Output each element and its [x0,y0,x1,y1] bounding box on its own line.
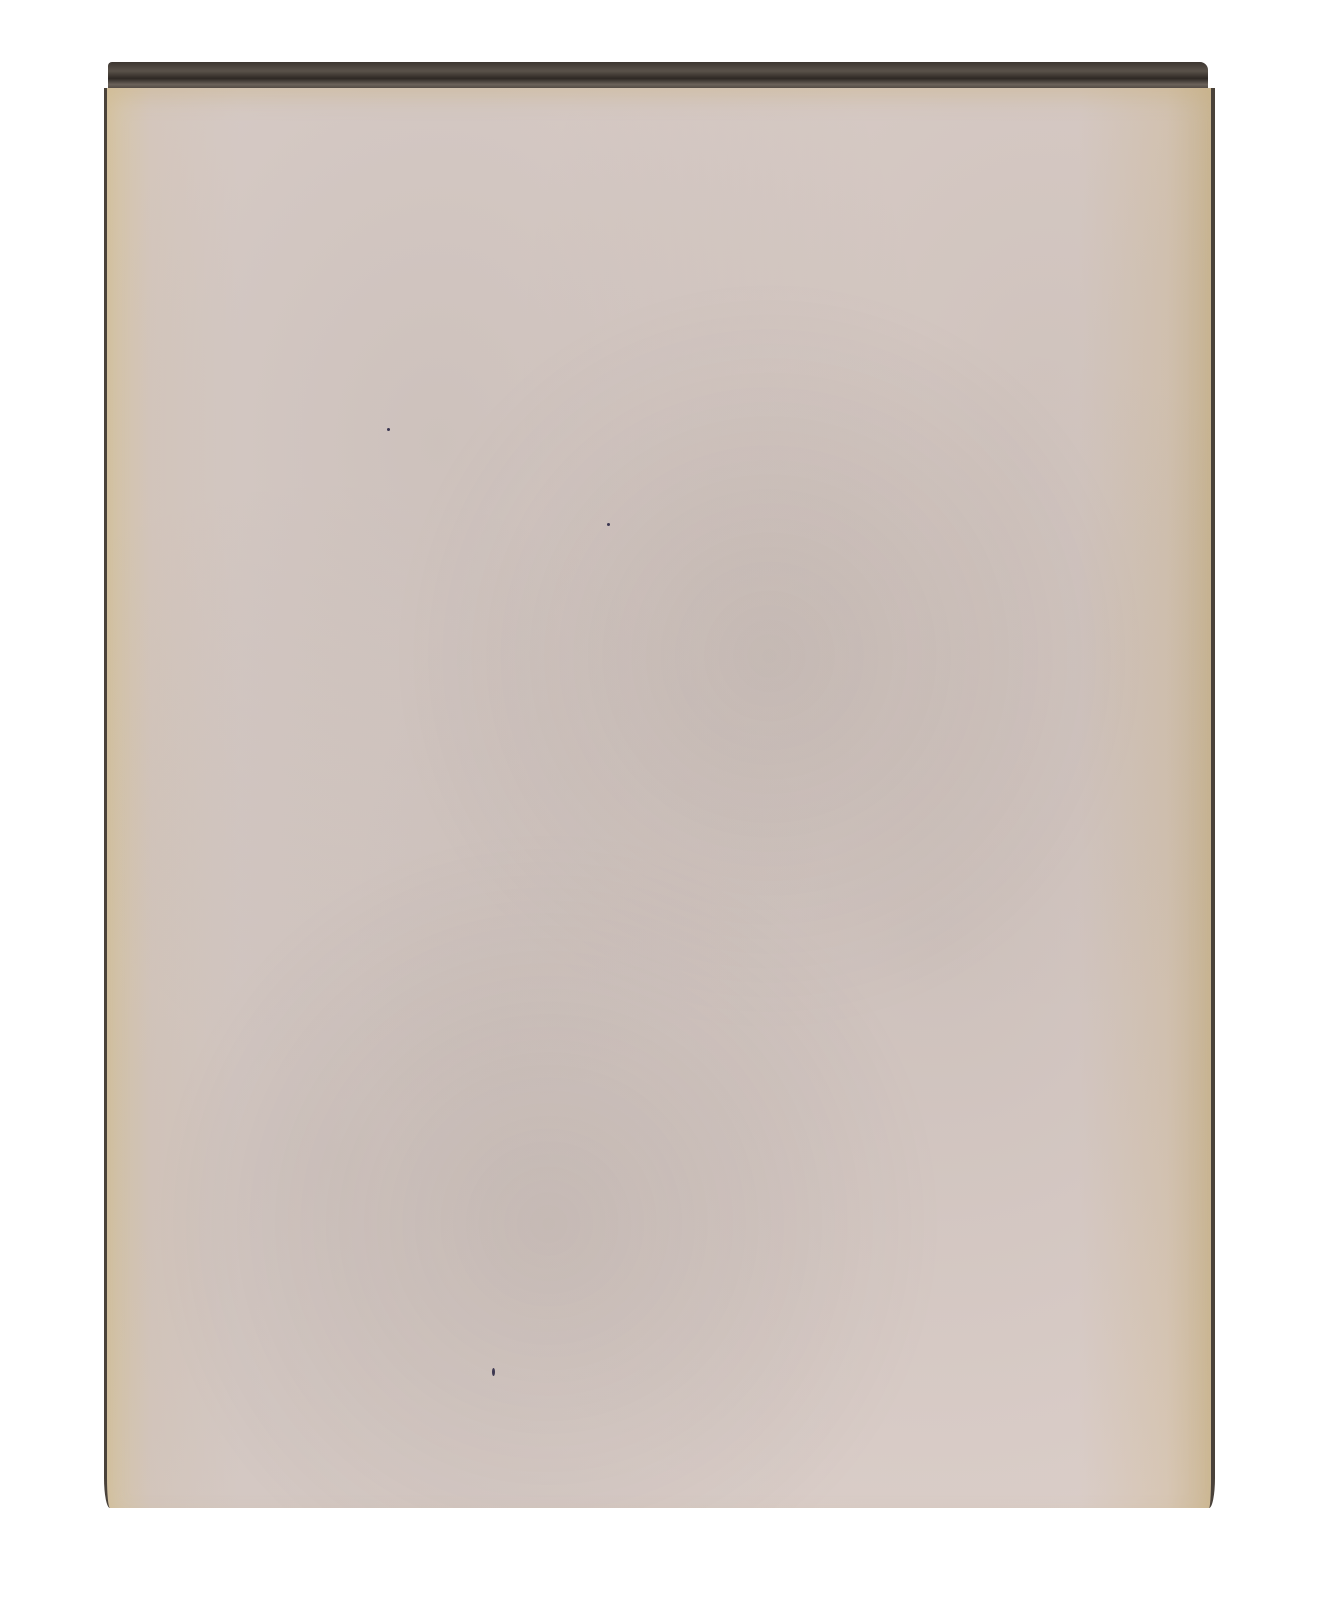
ink-speck [607,523,610,526]
blank-page [104,88,1215,1508]
ink-speck [492,1368,495,1376]
ink-speck [387,428,390,431]
